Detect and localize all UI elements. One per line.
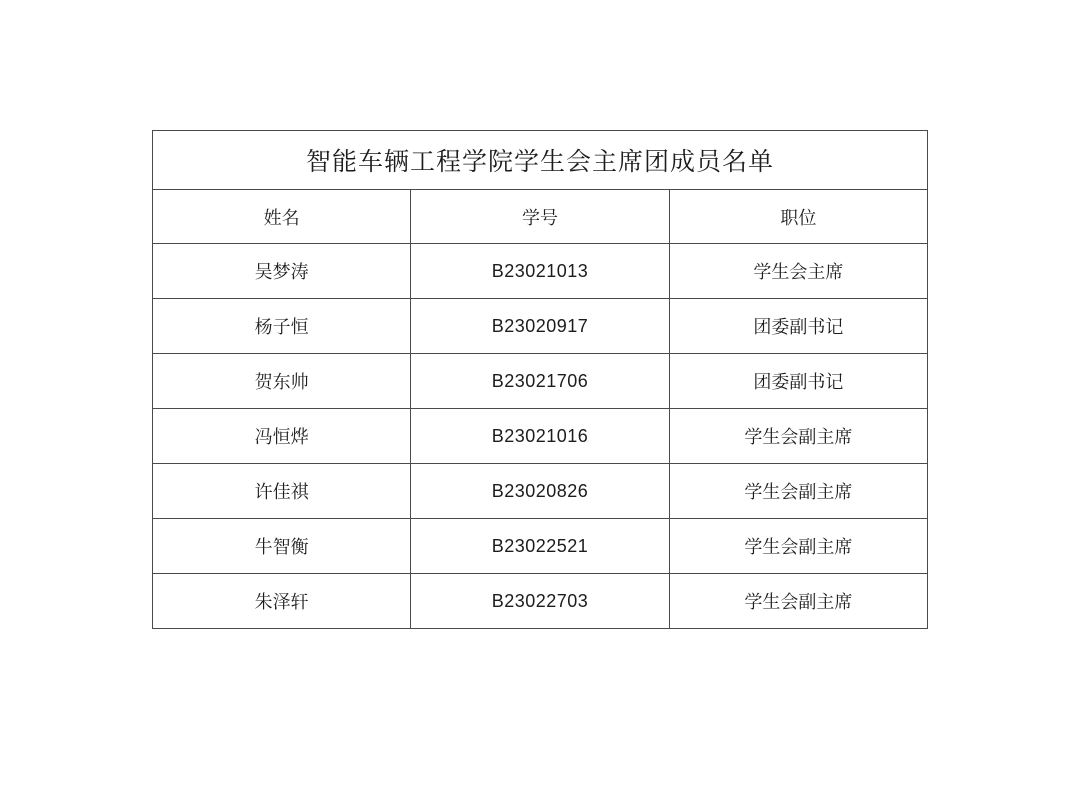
table-row: 贺东帅 B23021706 团委副书记 — [153, 354, 928, 409]
cell-name: 牛智衡 — [153, 519, 411, 574]
cell-position: 学生会主席 — [669, 244, 927, 299]
column-header-position: 职位 — [669, 190, 927, 244]
table-row: 朱泽轩 B23022703 学生会副主席 — [153, 574, 928, 629]
cell-student-id: B23022521 — [411, 519, 669, 574]
table-row: 牛智衡 B23022521 学生会副主席 — [153, 519, 928, 574]
cell-name: 贺东帅 — [153, 354, 411, 409]
cell-name: 吴梦涛 — [153, 244, 411, 299]
cell-name: 杨子恒 — [153, 299, 411, 354]
cell-position: 学生会副主席 — [669, 574, 927, 629]
table-row: 许佳祺 B23020826 学生会副主席 — [153, 464, 928, 519]
cell-student-id: B23021706 — [411, 354, 669, 409]
column-header-name: 姓名 — [153, 190, 411, 244]
cell-position: 学生会副主席 — [669, 464, 927, 519]
member-roster-table: 智能车辆工程学院学生会主席团成员名单 姓名 学号 职位 吴梦涛 B2302101… — [152, 130, 928, 629]
cell-name: 朱泽轩 — [153, 574, 411, 629]
table-row: 吴梦涛 B23021013 学生会主席 — [153, 244, 928, 299]
table-row: 杨子恒 B23020917 团委副书记 — [153, 299, 928, 354]
cell-student-id: B23021013 — [411, 244, 669, 299]
cell-name: 许佳祺 — [153, 464, 411, 519]
cell-student-id: B23020917 — [411, 299, 669, 354]
cell-position: 团委副书记 — [669, 299, 927, 354]
cell-student-id: B23022703 — [411, 574, 669, 629]
header-row: 姓名 学号 职位 — [153, 190, 928, 244]
table-row: 冯恒烨 B23021016 学生会副主席 — [153, 409, 928, 464]
document-page: 智能车辆工程学院学生会主席团成员名单 姓名 学号 职位 吴梦涛 B2302101… — [0, 0, 1080, 811]
cell-student-id: B23021016 — [411, 409, 669, 464]
column-header-id: 学号 — [411, 190, 669, 244]
cell-position: 学生会副主席 — [669, 409, 927, 464]
cell-student-id: B23020826 — [411, 464, 669, 519]
table-title: 智能车辆工程学院学生会主席团成员名单 — [153, 131, 928, 190]
cell-position: 学生会副主席 — [669, 519, 927, 574]
cell-position: 团委副书记 — [669, 354, 927, 409]
title-row: 智能车辆工程学院学生会主席团成员名单 — [153, 131, 928, 190]
cell-name: 冯恒烨 — [153, 409, 411, 464]
